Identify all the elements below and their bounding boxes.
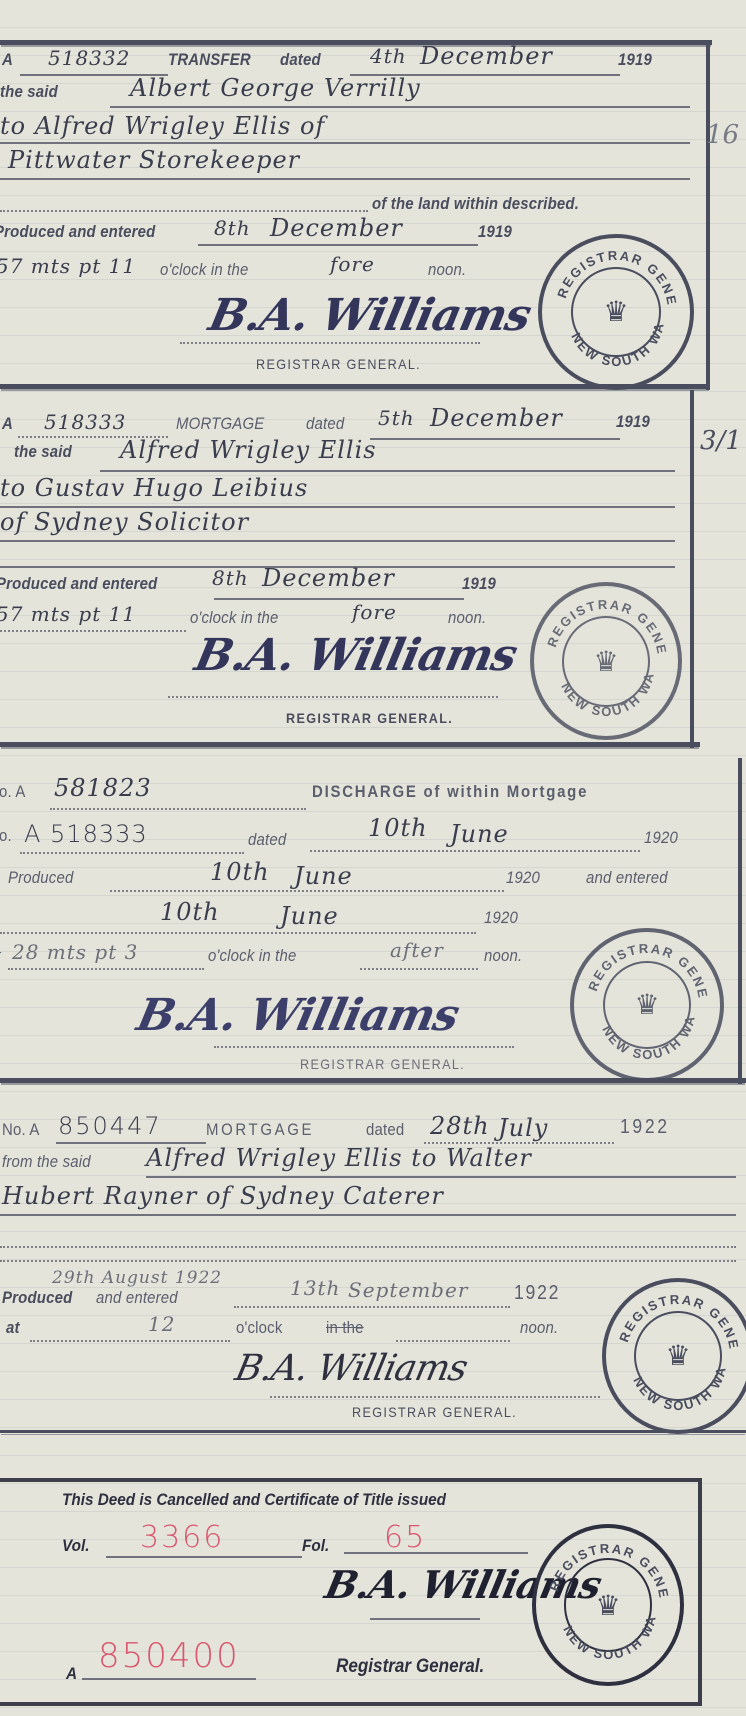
produced-month: June: [294, 862, 353, 890]
entry-frame-right: [690, 390, 694, 748]
margin-note: 16: [706, 120, 739, 150]
from-label: the said: [14, 442, 72, 462]
entry-frame-bottom: [0, 742, 700, 747]
dated-label: dated: [306, 414, 344, 434]
dated-month: December: [420, 42, 553, 70]
at-label: at: [0, 946, 1, 966]
from-rule: [100, 470, 675, 472]
produced-day: 8th: [214, 216, 251, 240]
to-rule-2: [0, 540, 675, 542]
produced-label: Produced and entered: [0, 222, 155, 242]
dated-day: 10th: [368, 814, 428, 842]
entered-rule: [234, 1306, 510, 1308]
vol-rule: [106, 1556, 302, 1558]
entered-day: 13th: [290, 1276, 340, 1300]
blank-rule-2: [0, 1260, 736, 1262]
signatory-label: REGISTRAR GENERAL.: [300, 1056, 465, 1072]
from-rule: [146, 1176, 736, 1178]
entry-time: 12: [148, 1312, 175, 1336]
time-label: o'clock in the: [208, 946, 296, 966]
seal-ring-text: REGISTRAR GENERAL NEW SOUTH WALES: [536, 1528, 680, 1682]
entry-discharge: No. A 581823 DISCHARGE of within Mortgag…: [0, 750, 746, 1090]
produced-rule: [214, 598, 464, 600]
seal-ring-text: REGISTRAR GENERAL NEW SOUTH WALES: [606, 1282, 746, 1430]
margin-note: 3/1: [700, 426, 742, 456]
instrument-number: 581823: [54, 774, 152, 802]
noon-label: noon.: [448, 608, 486, 628]
instrument-type: DISCHARGE of within Mortgage: [312, 782, 588, 802]
number-prefix: A: [2, 414, 13, 434]
instrument-number: 518332: [48, 46, 130, 70]
certificate-number: 850400: [98, 1636, 240, 1676]
registrar-seal: REGISTRAR GENERAL NEW SOUTH WALES ♛: [532, 1524, 684, 1686]
struck-label: in the: [326, 1318, 364, 1338]
dated-year: 1919: [616, 412, 650, 432]
number-rule: [82, 1678, 256, 1680]
entered-month: June: [280, 902, 339, 930]
dated-rule: [370, 438, 620, 440]
land-clause: of the land within described.: [372, 194, 579, 214]
land-rule: [0, 210, 368, 212]
dated-year: 1922: [620, 1116, 670, 1139]
dated-month: July: [498, 1114, 548, 1142]
signature-rule: [180, 342, 480, 344]
noon-label: noon.: [484, 946, 522, 966]
dated-day: 5th: [378, 406, 415, 430]
instrument-type: MORTGAGE: [206, 1120, 314, 1140]
and-entered-label: and entered: [96, 1288, 178, 1308]
produced-month: December: [262, 564, 395, 592]
registrar-signature: B.A. Williams: [232, 1348, 471, 1389]
instrument-type: TRANSFER: [168, 50, 251, 70]
dated-label: dated: [366, 1120, 404, 1140]
entered-label: and entered: [586, 868, 668, 888]
dated-year: 1920: [644, 828, 678, 848]
entry-transfer: A 518332 TRANSFER dated 4th December 191…: [0, 0, 746, 390]
signatory-label: REGISTRAR GENERAL.: [286, 710, 453, 726]
svg-text:REGISTRAR GENERAL: REGISTRAR GENERAL: [574, 932, 711, 1001]
to-rule: [0, 142, 690, 144]
fol-rule: [344, 1552, 528, 1554]
signature-rule: [270, 1396, 600, 1398]
to-party-line2: Pittwater Storekeeper: [8, 146, 300, 174]
from-party: Alfred Wrigley Ellis to Walter: [146, 1144, 532, 1172]
signature-rule: [370, 1618, 480, 1620]
signature-rule: [168, 696, 498, 698]
instrument-number: 518333: [44, 410, 126, 434]
registrar-seal: REGISTRAR GENERAL NEW SOUTH WALES ♛: [602, 1278, 746, 1434]
produced-rule: [198, 244, 478, 246]
time-label: o'clock in the: [190, 608, 278, 628]
mortgage-number: A 518333: [24, 820, 148, 848]
dated-month: June: [450, 820, 509, 848]
number-prefix: No. A: [2, 1120, 39, 1140]
from-party: Albert George Verrilly: [130, 74, 421, 102]
time-label: o'clock in the: [160, 260, 248, 280]
produced-label: Produced: [8, 868, 73, 888]
signatory-label: REGISTRAR GENERAL.: [352, 1404, 517, 1420]
produced-year: 1919: [478, 222, 512, 242]
signatory-label: REGISTRAR GENERAL.: [256, 356, 421, 372]
to-party-line: to Gustav Hugo Leibius: [0, 474, 308, 502]
produced-label: Produced and entered: [0, 574, 157, 594]
period-rule: [360, 968, 478, 970]
dated-day: 28th: [430, 1112, 490, 1140]
seal-ring-text: REGISTRAR GENERAL NEW SOUTH WALES: [534, 586, 678, 736]
dated-year: 1919: [618, 50, 652, 70]
mortgage-rule: [20, 852, 244, 854]
to-rule-2: [0, 178, 690, 180]
registrar-signature: B.A. Williams: [133, 990, 463, 1041]
instrument-type: MORTGAGE: [176, 414, 264, 434]
registrar-signature: B.A. Williams: [191, 630, 521, 681]
registrar-seal: REGISTRAR GENERAL NEW SOUTH WALES ♛: [530, 582, 682, 740]
entered-day: 10th: [160, 898, 220, 926]
svg-text:REGISTRAR GENERAL: REGISTRAR GENERAL: [536, 1528, 672, 1601]
produced-label: Produced: [2, 1288, 72, 1308]
cancellation-statement: This Deed is Cancelled and Certificate o…: [62, 1490, 446, 1510]
produced-day: 10th: [210, 858, 270, 886]
time-label: o'clock: [236, 1318, 283, 1338]
entry-time: 28 mts pt 3: [12, 940, 138, 964]
to-party-line2: of Sydney Solicitor: [0, 508, 249, 536]
from-label: the said: [0, 82, 58, 102]
number-rule: [50, 808, 306, 810]
time-rule: [0, 630, 186, 632]
entered-rule: [0, 932, 476, 934]
entered-year: 1920: [484, 908, 518, 928]
to-rule: [0, 1214, 736, 1216]
noon-label: noon.: [428, 260, 466, 280]
entry-frame-bottom: [0, 1430, 746, 1433]
dated-label: dated: [280, 50, 321, 70]
number-prefix: A: [66, 1664, 77, 1684]
noon-label: noon.: [520, 1318, 558, 1338]
entry-mortgage-1: A 518333 MORTGAGE dated 5th December 191…: [0, 390, 746, 750]
produced-year: 1920: [506, 868, 540, 888]
dated-month: December: [430, 404, 563, 432]
svg-text:REGISTRAR GENERAL: REGISTRAR GENERAL: [534, 586, 670, 657]
entry-frame-top: [0, 40, 712, 45]
dated-label: dated: [248, 830, 286, 850]
registrar-signature: B.A. Williams: [205, 290, 535, 341]
produced-day: 8th: [212, 566, 249, 590]
number-prefix: No. A: [0, 782, 25, 802]
entry-frame-right: [738, 758, 742, 1084]
entry-mortgage-2: No. A 850447 MORTGAGE dated 28th July 19…: [0, 1090, 746, 1440]
period: fore: [330, 252, 375, 276]
fol-value: 65: [384, 1520, 426, 1555]
registrar-seal: REGISTRAR GENERAL NEW SOUTH WALES ♛: [538, 234, 694, 390]
produced-rule: [110, 890, 504, 892]
to-party-line: Hubert Rayner of Sydney Caterer: [2, 1182, 444, 1210]
signatory-label: Registrar General.: [336, 1656, 484, 1678]
fol-label: Fol.: [302, 1536, 329, 1556]
time-rule: [30, 1340, 230, 1342]
at-label: at: [6, 1318, 20, 1338]
from-rule: [110, 106, 690, 108]
from-label: from the said: [2, 1152, 91, 1172]
produced-month: December: [270, 214, 403, 242]
instrument-number: 850447: [58, 1112, 162, 1140]
svg-text:REGISTRAR GENERAL: REGISTRAR GENERAL: [542, 238, 680, 308]
svg-text:REGISTRAR GENERAL: REGISTRAR GENERAL: [606, 1282, 742, 1352]
registrar-seal: REGISTRAR GENERAL NEW SOUTH WALES ♛: [570, 928, 724, 1082]
vol-label: Vol.: [62, 1536, 89, 1556]
time-rule: [8, 968, 204, 970]
seal-ring-text: REGISTRAR GENERAL NEW SOUTH WALES: [542, 238, 690, 386]
mortgage-prefix: No.: [0, 826, 12, 846]
vol-value: 3366: [140, 1520, 224, 1555]
from-party: Alfred Wrigley Ellis: [120, 436, 377, 464]
entered-year: 1922: [514, 1282, 560, 1305]
to-party-line: to Alfred Wrigley Ellis of: [0, 112, 325, 140]
dated-day: 4th: [370, 44, 407, 68]
seal-ring-text: REGISTRAR GENERAL NEW SOUTH WALES: [574, 932, 720, 1078]
entry-frame-right: [706, 42, 710, 390]
number-prefix: A: [2, 50, 13, 70]
period-rule: [396, 1340, 510, 1342]
entry-time: 57 mts pt 11: [0, 602, 136, 626]
entry-time: 57 mts pt 11: [0, 254, 136, 278]
blank-rule: [0, 1246, 736, 1248]
produced-year: 1919: [462, 574, 496, 594]
signature-rule: [214, 1046, 514, 1048]
period: after: [390, 938, 444, 962]
produced-insert: 29th August 1922: [52, 1268, 222, 1288]
period: fore: [352, 600, 397, 624]
dated-rule: [310, 850, 640, 852]
entered-month: September: [348, 1278, 468, 1302]
